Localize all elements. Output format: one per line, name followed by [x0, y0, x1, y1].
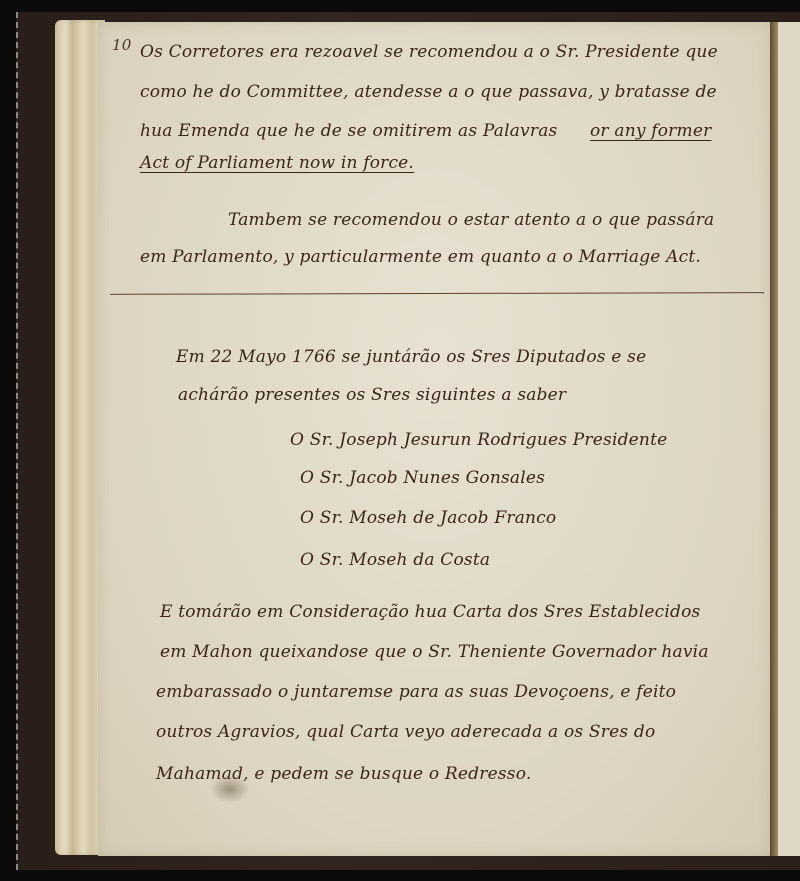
underlined-english-phrase: Act of Parliament now in force.	[140, 153, 414, 173]
text-line: achárão presentes os Sres siguintes a sa…	[178, 385, 566, 405]
attendee-line: O Sr. Jacob Nunes Gonsales	[300, 468, 545, 488]
attendee-line: O Sr. Moseh da Costa	[300, 550, 490, 570]
text-line: Os Corretores era rezoavel se recomendou…	[140, 42, 718, 62]
facing-page-edge	[778, 22, 800, 856]
attendee-line: O Sr. Moseh de Jacob Franco	[300, 508, 556, 528]
text-line: E tomárão em Consideração hua Carta dos …	[160, 602, 700, 622]
text-line: hua Emenda que he de se omitirem as Pala…	[140, 121, 557, 141]
book-gutter	[770, 22, 778, 856]
page-number: 10	[112, 36, 132, 54]
attendee-line: O Sr. Joseph Jesurun Rodrigues President…	[290, 430, 667, 450]
text-line: embarassado o juntaremse para as suas De…	[156, 682, 676, 702]
text-line: Tambem se recomendou o estar atento a o …	[228, 210, 714, 230]
text-line: outros Agravios, qual Carta veyo adereca…	[156, 722, 655, 742]
ink-stain	[210, 775, 250, 803]
text-line: Em 22 Mayo 1766 se juntárão os Sres Dipu…	[176, 347, 646, 367]
text-line: em Mahon queixandose que o Sr. Theniente…	[160, 642, 709, 662]
text-line: como he do Committee, atendesse a o que …	[140, 82, 717, 102]
underlined-english-phrase: or any former	[590, 121, 711, 141]
text-line: em Parlamento, y particularmente em quan…	[140, 247, 701, 267]
